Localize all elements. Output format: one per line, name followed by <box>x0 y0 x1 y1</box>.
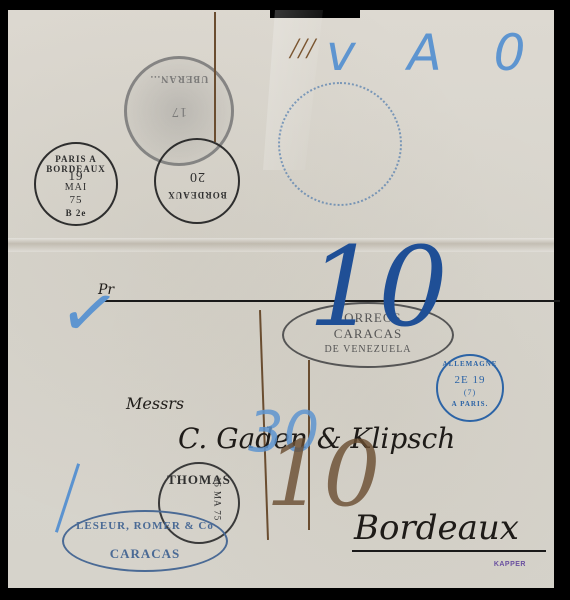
salutation: Messrs <box>126 394 184 413</box>
postmark-month: MAI <box>36 182 116 193</box>
faint-blue-postmark <box>278 82 402 206</box>
blue-check-mark: ✓ <box>53 268 125 359</box>
brown-ink-stroke <box>214 12 216 142</box>
brown-crossed-marks: /// <box>290 32 315 66</box>
brown-numeral: 10 <box>266 430 381 520</box>
forwarder-oval-stamp: LESEUR, ROMER & Co CARACAS <box>62 510 228 572</box>
blue-rate-numeral: 10 <box>308 232 448 342</box>
postmark-bottom: B 2e <box>36 208 116 218</box>
horizontal-fold <box>8 238 554 252</box>
postmark-sub: (7) <box>438 388 502 397</box>
allemagne-paris-postmark: ALLEMAGNE 2E 19 (7) A PARIS. <box>436 354 504 422</box>
oval-line-1: LESEUR, ROMER & Co <box>64 520 226 532</box>
postmark-year: 75 <box>36 194 116 206</box>
paris-bordeaux-postmark: PARIS A BORDEAUX 19 MAI 75 B 2e <box>34 142 118 226</box>
postmark-date: 2E 19 <box>438 374 502 386</box>
postmark-arc-text: ALLEMAGNE <box>438 360 502 368</box>
postmark-day: 20 <box>156 168 238 184</box>
postmark-arc-text: BORDEAUX <box>156 190 238 200</box>
destination-city: Bordeaux <box>354 508 519 548</box>
postmark-arc-text: THOMAS <box>160 472 238 488</box>
oval-line-2: CARACAS <box>64 546 226 562</box>
destination-underline <box>352 550 546 552</box>
bordeaux-arrival-postmark: 20 BORDEAUX <box>154 138 240 224</box>
postmark-bottom: A PARIS. <box>438 400 502 408</box>
image-credit: KAPPER <box>494 561 526 568</box>
blue-crayon-top-marks: v A 0 <box>326 24 543 82</box>
letter-cover: PARIS A BORDEAUX 19 MAI 75 B 2e UBERAN..… <box>8 10 554 588</box>
postmark-date: 16 MA 75 <box>213 477 223 522</box>
